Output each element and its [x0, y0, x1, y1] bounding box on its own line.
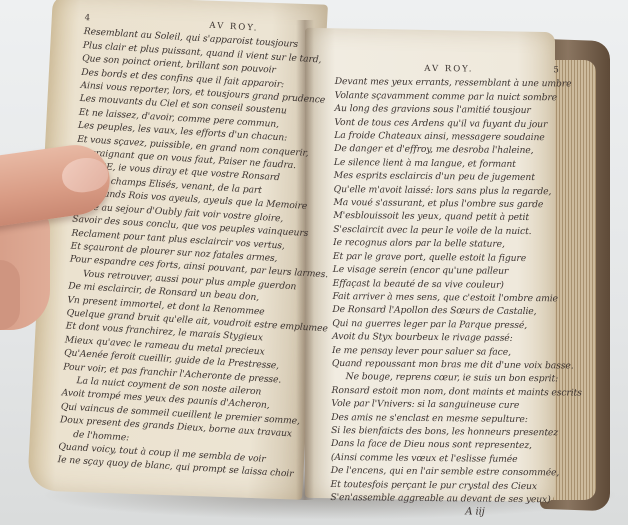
- left-page-number: 4: [84, 13, 92, 23]
- palm: [0, 260, 20, 330]
- right-page-number: 5: [553, 65, 561, 75]
- signature-mark: A iij: [330, 504, 580, 520]
- right-running-head: AV ROY.: [424, 64, 473, 75]
- left-running-head: AV ROY.: [209, 21, 259, 34]
- left-page-text: 4 AV ROY. Resemblant au Soleil, qui s'ap…: [57, 12, 346, 483]
- right-page-text: AV ROY. 5 Devant mes yeux errants, resse…: [330, 62, 585, 520]
